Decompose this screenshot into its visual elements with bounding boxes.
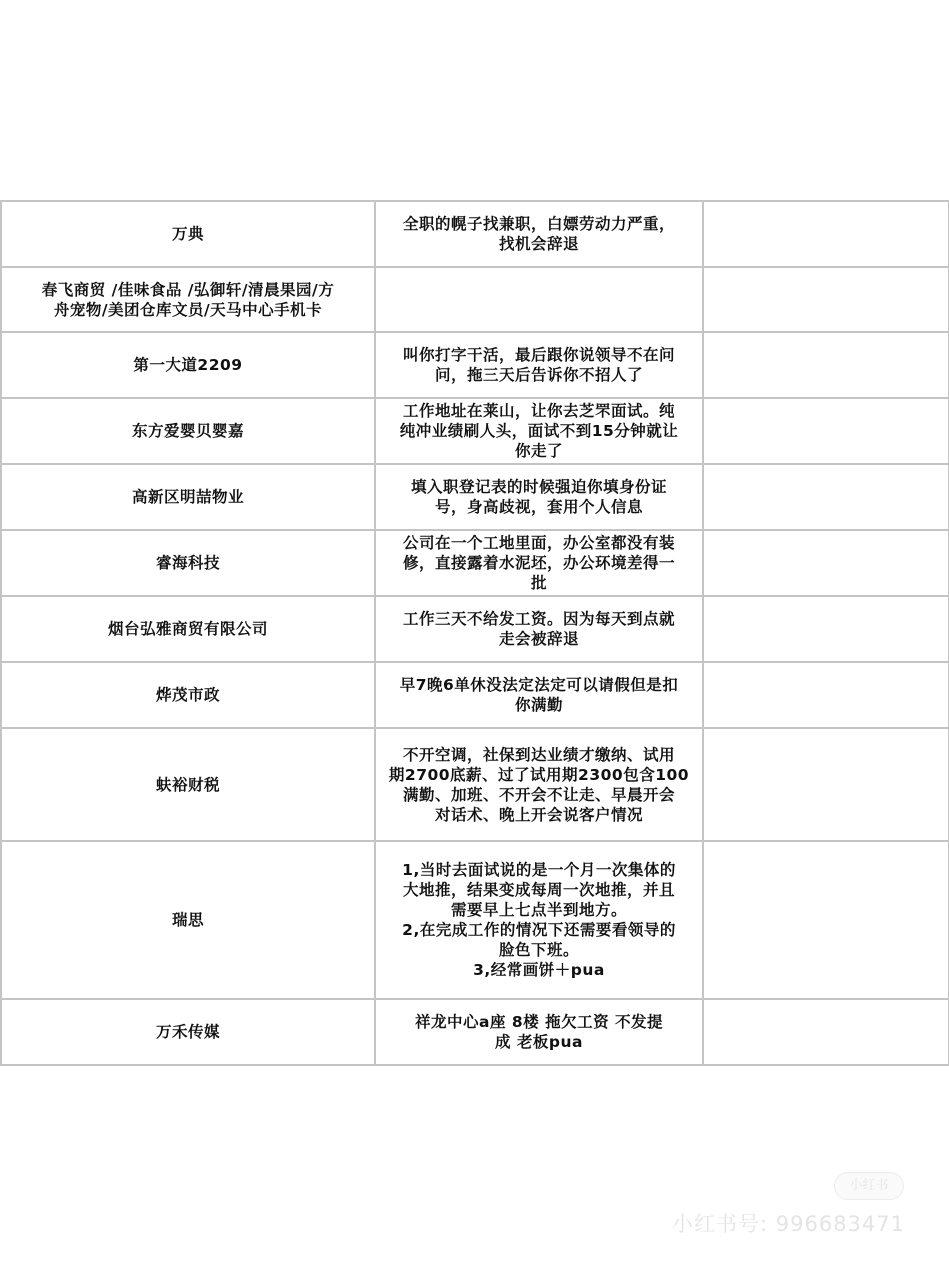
extra-cell: [703, 201, 949, 267]
issue-cell: 全职的幌子找兼职，白嫖劳动力严重， 找机会辞退: [375, 201, 703, 267]
table-row: 烟台弘雅商贸有限公司 工作三天不给发工资。因为每天到点就 走会被辞退: [1, 596, 949, 662]
issue-cell: 工作地址在莱山，让你去芝罘面试。纯 纯冲业绩刷人头，面试不到15分钟就让 你走了: [375, 398, 703, 464]
issue-cell: 填入职登记表的时候强迫你填身份证 号，身高歧视，套用个人信息: [375, 464, 703, 530]
company-cell: 万禾传媒: [1, 999, 375, 1065]
table-row: 睿海科技 公司在一个工地里面，办公室都没有装 修，直接露着水泥坯，办公环境差得一…: [1, 530, 949, 596]
company-cell: 瑞思: [1, 841, 375, 999]
issue-cell: 工作三天不给发工资。因为每天到点就 走会被辞退: [375, 596, 703, 662]
xiaohongshu-id-watermark: 小红书号: 996683471: [672, 1208, 905, 1238]
company-complaints-table: 万典 全职的幌子找兼职，白嫖劳动力严重， 找机会辞退 春飞商贸 /佳味食品 /弘…: [0, 200, 949, 1066]
company-cell: 万典: [1, 201, 375, 267]
table-row: 第一大道2209 叫你打字干活，最后跟你说领导不在问 问，拖三天后告诉你不招人了: [1, 332, 949, 398]
company-cell: 高新区明喆物业: [1, 464, 375, 530]
table-row: 蚨裕财税 不开空调，社保到达业绩才缴纳、试用 期2700底薪、过了试用期2300…: [1, 728, 949, 841]
company-cell: 烟台弘雅商贸有限公司: [1, 596, 375, 662]
extra-cell: [703, 662, 949, 728]
extra-cell: [703, 530, 949, 596]
company-cell: 睿海科技: [1, 530, 375, 596]
extra-cell: [703, 596, 949, 662]
xiaohongshu-logo-badge: 小红书: [834, 1172, 904, 1200]
company-cell: 东方爱婴贝婴嘉: [1, 398, 375, 464]
complaint-table-sheet: 万典 全职的幌子找兼职，白嫖劳动力严重， 找机会辞退 春飞商贸 /佳味食品 /弘…: [0, 200, 948, 1066]
table-row: 万典 全职的幌子找兼职，白嫖劳动力严重， 找机会辞退: [1, 201, 949, 267]
table-row: 万禾传媒 祥龙中心a座 8楼 拖欠工资 不发提 成 老板pua: [1, 999, 949, 1065]
extra-cell: [703, 999, 949, 1065]
table-row: 瑞思 1,当时去面试说的是一个月一次集体的 大地推，结果变成每周一次地推，并且 …: [1, 841, 949, 999]
extra-cell: [703, 841, 949, 999]
table-row: 东方爱婴贝婴嘉 工作地址在莱山，让你去芝罘面试。纯 纯冲业绩刷人头，面试不到15…: [1, 398, 949, 464]
table-row: 烨茂市政 早7晚6单休没法定法定可以请假但是扣 你满勤: [1, 662, 949, 728]
issue-cell: 早7晚6单休没法定法定可以请假但是扣 你满勤: [375, 662, 703, 728]
issue-cell: 1,当时去面试说的是一个月一次集体的 大地推，结果变成每周一次地推，并且 需要早…: [375, 841, 703, 999]
issue-cell: 公司在一个工地里面，办公室都没有装 修，直接露着水泥坯，办公环境差得一 批: [375, 530, 703, 596]
issue-cell: 祥龙中心a座 8楼 拖欠工资 不发提 成 老板pua: [375, 999, 703, 1065]
issue-cell: 不开空调，社保到达业绩才缴纳、试用 期2700底薪、过了试用期2300包含100…: [375, 728, 703, 841]
table-body: 万典 全职的幌子找兼职，白嫖劳动力严重， 找机会辞退 春飞商贸 /佳味食品 /弘…: [1, 201, 949, 1065]
extra-cell: [703, 398, 949, 464]
company-cell: 蚨裕财税: [1, 728, 375, 841]
extra-cell: [703, 332, 949, 398]
extra-cell: [703, 728, 949, 841]
table-row: 高新区明喆物业 填入职登记表的时候强迫你填身份证 号，身高歧视，套用个人信息: [1, 464, 949, 530]
issue-cell: [375, 267, 703, 332]
company-cell: 第一大道2209: [1, 332, 375, 398]
extra-cell: [703, 267, 949, 332]
extra-cell: [703, 464, 949, 530]
company-cell: 春飞商贸 /佳味食品 /弘御轩/清晨果园/方 舟宠物/美团仓库文员/天马中心手机…: [1, 267, 375, 332]
table-row: 春飞商贸 /佳味食品 /弘御轩/清晨果园/方 舟宠物/美团仓库文员/天马中心手机…: [1, 267, 949, 332]
issue-cell: 叫你打字干活，最后跟你说领导不在问 问，拖三天后告诉你不招人了: [375, 332, 703, 398]
company-cell: 烨茂市政: [1, 662, 375, 728]
